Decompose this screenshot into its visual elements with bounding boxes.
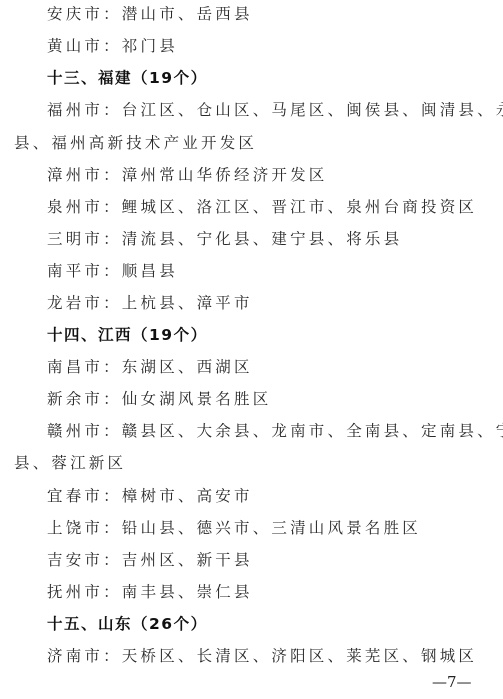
entry-nanping: 南平市：顺昌县 [14, 261, 484, 281]
document-page: 安庆市：潜山市、岳西县 黄山市：祁门县 十三、福建（19个） 福州市：台江区、仓… [0, 0, 503, 699]
section-heading-fujian: 十三、福建（19个） [14, 68, 484, 88]
entry-longyan: 龙岩市：上杭县、漳平市 [14, 293, 484, 313]
entry-shangrao: 上饶市：铅山县、德兴市、三清山风景名胜区 [14, 518, 484, 538]
entry-xinyu: 新余市：仙女湖风景名胜区 [14, 389, 484, 409]
entry-ganzhou: 赣州市：赣县区、大余县、龙南市、全南县、定南县、宁都 [14, 421, 484, 441]
entry-sanming: 三明市：清流县、宁化县、建宁县、将乐县 [14, 229, 484, 249]
entry-zhangzhou: 漳州市：漳州常山华侨经济开发区 [14, 165, 484, 185]
entry-anqing: 安庆市：潜山市、岳西县 [14, 4, 484, 24]
entry-fuzhou: 福州市：台江区、仓山区、马尾区、闽侯县、闽清县、永泰 [14, 100, 484, 120]
entry-nanchang: 南昌市：东湖区、西湖区 [14, 357, 484, 377]
entry-fuzhou-continuation: 县、福州高新技术产业开发区 [14, 133, 484, 153]
entry-huangshan: 黄山市：祁门县 [14, 36, 484, 56]
section-heading-jiangxi: 十四、江西（19个） [14, 325, 484, 345]
entry-yichun: 宜春市：樟树市、高安市 [14, 486, 484, 506]
entry-fuzhou-jiangxi: 抚州市：南丰县、崇仁县 [14, 582, 484, 602]
entry-quanzhou: 泉州市：鲤城区、洛江区、晋江市、泉州台商投资区 [14, 197, 484, 217]
entry-jinan: 济南市：天桥区、长清区、济阳区、莱芜区、钢城区 [14, 646, 484, 666]
entry-jian: 吉安市：吉州区、新干县 [14, 550, 484, 570]
entry-ganzhou-continuation: 县、蓉江新区 [14, 453, 484, 473]
page-number: —7— [432, 672, 472, 692]
section-heading-shandong: 十五、山东（26个） [14, 614, 484, 634]
